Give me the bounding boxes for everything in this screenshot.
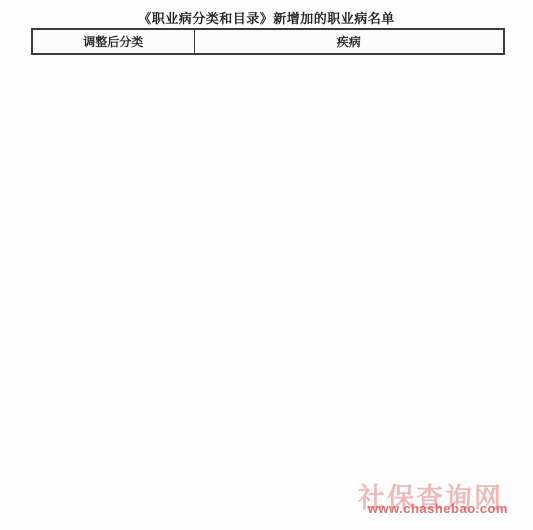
header-row: 调整后分类 疾病 (32, 29, 504, 54)
header-category: 调整后分类 (32, 29, 194, 54)
disease-table-container: 调整后分类 疾病 (31, 28, 505, 55)
disease-table: 调整后分类 疾病 (31, 28, 505, 55)
watermark-site-name: 社保查询网 (358, 476, 508, 515)
watermark-url: www.chashebao.com (358, 501, 508, 516)
document-page: 《职业病分类和目录》新增加的职业病名单 调整后分类 疾病 社保查询网 www.c… (0, 0, 533, 530)
page-title: 《职业病分类和目录》新增加的职业病名单 (0, 8, 533, 27)
header-disease: 疾病 (194, 29, 504, 54)
table-header: 调整后分类 疾病 (32, 29, 504, 54)
